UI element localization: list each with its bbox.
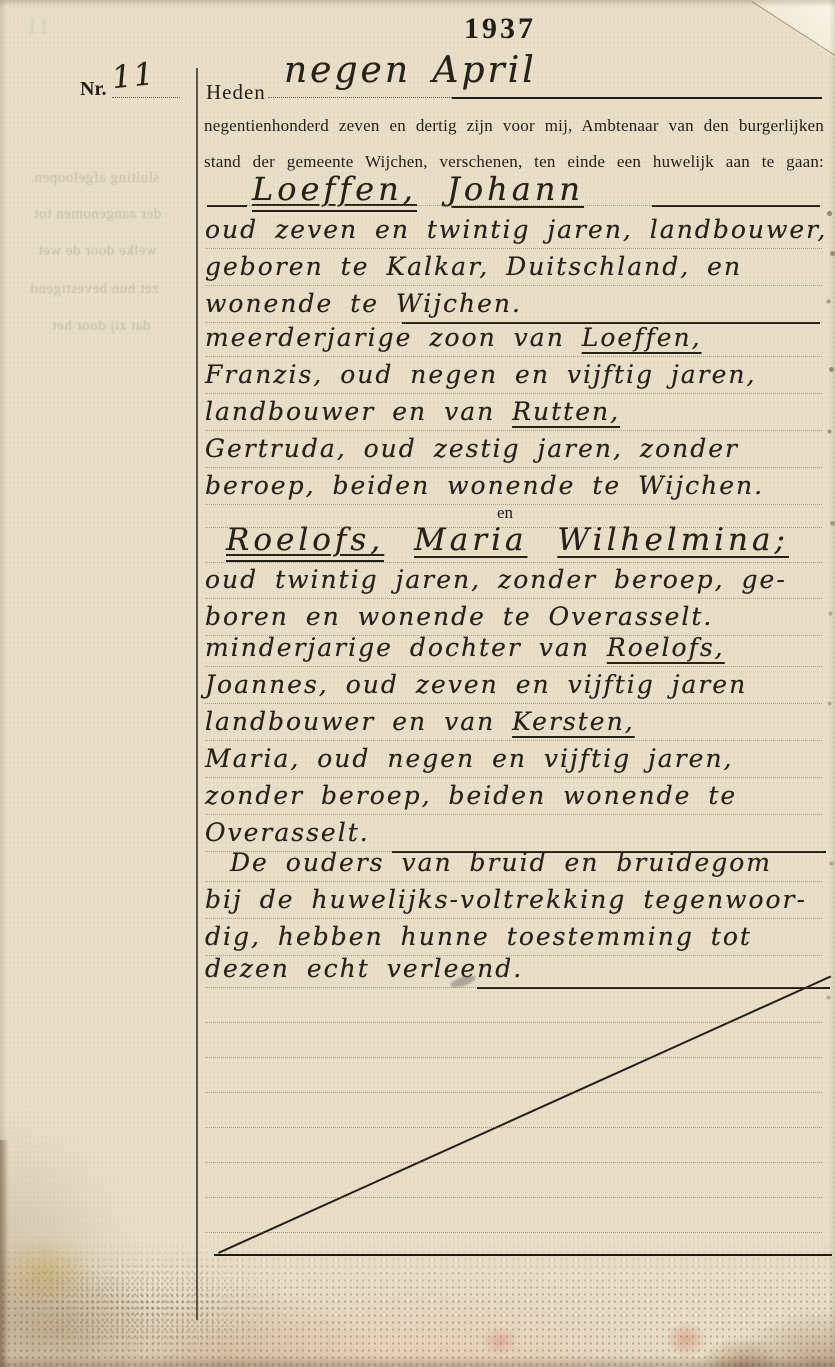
bleed-through-line: zet hun bevestigend: [30, 281, 159, 298]
handwritten-date: negen April: [284, 50, 537, 91]
ruled-line: [205, 527, 822, 528]
groom-father-surname: Loeffen,: [582, 323, 702, 352]
ruled-line: [205, 562, 822, 563]
ruled-line: [205, 635, 822, 636]
bottom-left-speckles: [0, 1245, 300, 1367]
marriage-record-page: 11 sluiting afgeloopen. der aangenomen t…: [0, 0, 835, 1367]
ruled-line: [205, 881, 822, 882]
and-of-prefix: landbouwer en van: [205, 397, 512, 426]
groom-mother-details: beroep, beiden wonende te Wijchen.: [205, 471, 764, 500]
act-number-leader-line: [112, 97, 180, 98]
binding-edge-shadow: [0, 1140, 9, 1367]
consent-line: bij de huwelijks-voltrekking tegenwoor-: [205, 885, 807, 914]
ruled-line: [205, 1092, 822, 1093]
margin-rule: [196, 68, 198, 1320]
ruled-line: [205, 504, 822, 505]
groom-mother-surname: Rutten,: [512, 397, 620, 426]
page-edge-specks: [826, 0, 829, 3]
bride-mother-details: Maria, oud negen en vijftig jaren,: [205, 744, 734, 773]
bride-detail-line: boren en wonende te Overasselt.: [205, 602, 713, 631]
groom-name-line: Loeffen, Johann: [252, 170, 584, 208]
bleed-through-line: der aangenomen tot: [34, 206, 161, 223]
ruled-line: [205, 666, 822, 667]
bride-mother-line: landbouwer en van Kersten,: [205, 707, 635, 736]
ruled-line: [205, 777, 822, 778]
ruled-line: [205, 322, 822, 323]
act-number-value: 11: [110, 56, 157, 96]
ruled-line: [205, 1197, 822, 1198]
bride-surname: Roelofs,: [226, 522, 384, 562]
ruled-line: [205, 918, 822, 919]
daughter-of-prefix: minderjarige dochter van: [205, 633, 607, 662]
groom-mother-details: Gertruda, oud zestig jaren, zonder: [205, 434, 739, 463]
ruled-line: [205, 1232, 822, 1233]
ruled-line: [205, 467, 822, 468]
ruled-line: [205, 703, 822, 704]
ruled-line: [205, 285, 822, 286]
ruled-line: [205, 1127, 822, 1128]
groom-given-name: Johann: [447, 170, 584, 208]
bleed-through-line: dat zij door het: [52, 318, 150, 335]
groom-detail-line: geboren te Kalkar, Duitschland, en: [205, 252, 742, 281]
heden-label: Heden: [206, 80, 266, 105]
ruled-line: [205, 356, 822, 357]
diagonal-void-line: [218, 975, 831, 1253]
date-leader-line: [268, 97, 458, 98]
consent-line: De ouders van bruid en bruidegom: [230, 848, 772, 877]
groom-mother-line: landbouwer en van Rutten,: [205, 397, 620, 426]
groom-father-details: Franzis, oud negen en vijftig jaren,: [205, 360, 756, 389]
son-of-prefix: meerderjarige zoon van: [205, 323, 582, 352]
and-of-prefix: landbouwer en van: [205, 707, 512, 736]
bride-parents-line: minderjarige dochter van Roelofs,: [205, 633, 725, 662]
bride-detail-line: oud twintig jaren, zonder beroep, ge-: [205, 565, 787, 594]
ruled-line: [205, 598, 822, 599]
ruled-line: [205, 987, 822, 988]
ruled-line: [205, 1057, 822, 1058]
bride-mother-details: zonder beroep, beiden wonende te: [205, 781, 737, 810]
ruled-line: [205, 248, 822, 249]
ruled-line: [205, 1162, 822, 1163]
bride-father-surname: Roelofs,: [607, 633, 725, 662]
ruled-line: [205, 1022, 822, 1023]
bleed-through-number: 11: [26, 14, 50, 41]
date-fill-line: [452, 97, 822, 99]
groom-detail-line: oud zeven en twintig jaren, landbouwer,: [205, 215, 827, 244]
ruled-line: [205, 393, 822, 394]
printed-body-line-2: stand der gemeente Wijchen, verschenen, …: [204, 152, 824, 172]
consent-line: dig, hebben hunne toestemming tot: [205, 922, 752, 951]
ruled-line: [205, 430, 822, 431]
ruled-line: [205, 955, 822, 956]
bottom-closing-line: [214, 1254, 832, 1256]
ruled-line: [205, 814, 822, 815]
conjunction-en: en: [380, 503, 630, 523]
ruled-line: [205, 205, 822, 206]
bleed-through-line: sluiting afgeloopen.: [30, 170, 159, 187]
bride-father-details: Joannes, oud zeven en vijftig jaren: [205, 670, 747, 699]
ruled-line: [205, 851, 822, 852]
printed-body-line-1: negentienhonderd zeven en dertig zijn vo…: [204, 116, 824, 136]
bride-mother-details: Overasselt.: [205, 818, 370, 847]
ruled-line: [205, 740, 822, 741]
bleed-through-line: welke door de wet: [38, 243, 157, 260]
groom-parents-line: meerderjarige zoon van Loeffen,: [205, 323, 702, 352]
year-heading: 1937: [170, 12, 830, 46]
bride-mother-surname: Kersten,: [512, 707, 634, 736]
act-number-label: Nr.: [80, 78, 106, 101]
groom-detail-line: wonende te Wijchen.: [205, 289, 522, 318]
